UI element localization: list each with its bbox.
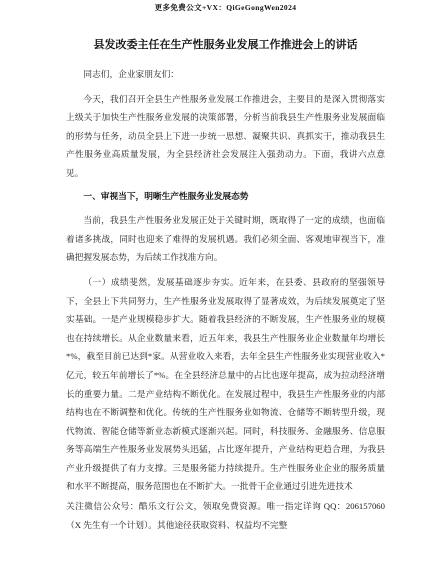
achievements-paragraph: （一）成绩斐然，发展基础逐步夯实。近年来，在县委、县政府的坚强领导下，全县上下共… <box>66 273 385 496</box>
document-title: 县发改委主任在生产性服务业发展工作推进会上的讲话 <box>66 39 385 52</box>
intro-paragraph: 今天，我们召开全县生产性服务业发展工作推进会，主要目的是深入贯彻落实上级关于加快… <box>66 90 385 183</box>
section-overview-paragraph: 当前，我县生产性服务业发展正处于关键时期，既取得了一定的成绩，也面临着诸多挑战，… <box>66 211 385 267</box>
salutation: 同志们，企业家朋友们： <box>66 65 385 84</box>
promo-header-text: 更多免费公文+VX：QiGeGongWen2024 <box>66 3 385 13</box>
document-page: 更多免费公文+VX：QiGeGongWen2024 县发改委主任在生产性服务业发… <box>0 0 448 580</box>
promo-footer-text: 关注微信公众号：酷乐文行公文，领取免费资源。唯一指定详询 QQ：20615706… <box>66 497 385 534</box>
section-heading: 一、审视当下，明晰生产性服务业发展态势 <box>66 187 385 206</box>
